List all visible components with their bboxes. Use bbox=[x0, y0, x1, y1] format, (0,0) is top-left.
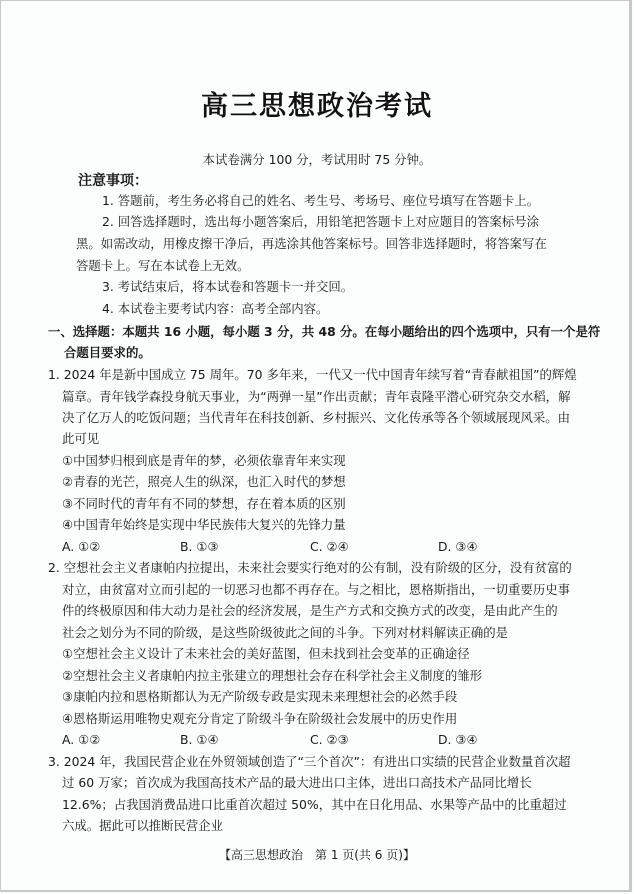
question-2-statement-4: ④恩格斯运用唯物史观充分肯定了阶级斗争在阶级社会发展中的历史作用 bbox=[62, 711, 457, 727]
option-c: C. ②④ bbox=[310, 539, 349, 555]
question-2-stem-2: 对立，由贫富对立而引起的一切恶习也都不再存在。与之相比，恩格斯指出，一切重要历史… bbox=[62, 582, 570, 598]
question-3-stem-3: 12.6%；占我国消费品进口比重首次超过 50%，其中在日化用品、水果等产品中的… bbox=[62, 797, 567, 813]
question-1-statement-2: ②青春的光芒，照亮人生的纵深，也汇入时代的梦想 bbox=[62, 474, 346, 490]
question-2-statement-2: ②空想社会主义者康帕内拉主张建立的理想社会存在科学社会主义制度的雏形 bbox=[62, 668, 482, 684]
option-b: B. ①④ bbox=[180, 732, 219, 748]
question-2-stem-1: 2. 空想社会主义者康帕内拉提出，未来社会要实行绝对的公有制，没有阶级的区分，没… bbox=[48, 560, 572, 576]
option-a: A. ①② bbox=[62, 539, 100, 555]
notice-line-6: 4. 本试卷主要考试内容：高考全部内容。 bbox=[102, 301, 328, 317]
question-3-stem-1: 3. 2024 年，我国民营企业在外贸领域创造了“三个首次”：有进出口实绩的民营… bbox=[48, 754, 571, 770]
notice-line-3: 黑。如需改动，用橡皮擦干净后，再选涂其他答案标号。回答非选择题时，将答案写在 bbox=[76, 236, 547, 252]
exam-subtitle: 本试卷满分 100 分，考试用时 75 分钟。 bbox=[0, 152, 634, 168]
notice-line-4: 答题卡上。写在本试卷上无效。 bbox=[76, 258, 249, 274]
question-2-stem-3: 件的终极原因和伟大动力是社会的经济发展，是生产方式和交换方式的改变，是由此产生的 bbox=[62, 603, 558, 619]
section-heading-line-1: 一、选择题：本题共 16 小题，每小题 3 分，共 48 分。在每小题给出的四个… bbox=[48, 324, 600, 340]
option-c: C. ②③ bbox=[310, 732, 349, 748]
notice-heading: 注意事项： bbox=[78, 173, 148, 189]
notice-line-2: 2. 回答选择题时，选出每小题答案后，用铅笔把答题卡上对应题目的答案标号涂 bbox=[102, 214, 539, 230]
question-1-stem-1: 1. 2024 年是新中国成立 75 周年。70 多年来，一代又一代中国青年续写… bbox=[48, 367, 577, 383]
notice-line-5: 3. 考试结束后，将本试卷和答题卡一并交回。 bbox=[102, 279, 353, 295]
exam-title: 高三思想政治考试 bbox=[0, 84, 634, 123]
section-heading-line-2: 合题目要求的。 bbox=[64, 345, 151, 361]
question-1-stem-2: 篇章。青年钱学森投身航天事业，为“两弹一星”作出贡献；青年袁隆平潜心研究杂交水稻… bbox=[62, 389, 570, 405]
notice-line-1: 1. 答题前，考生务必将自己的姓名、考生号、考场号、座位号填写在答题卡上。 bbox=[102, 193, 539, 209]
question-2-statement-1: ①空想社会主义设计了未来社会的美好蓝图，但未找到社会变革的正确途径 bbox=[62, 646, 470, 662]
option-d: D. ③④ bbox=[438, 732, 478, 748]
page-footer: 【高三思想政治 第 1 页(共 6 页)】 bbox=[0, 846, 634, 863]
question-1-stem-3: 决了亿万人的吃饭问题；当代青年在科技创新、乡村振兴、文化传承等各个领域展现风采。… bbox=[62, 410, 570, 426]
question-1-statement-3: ③不同时代的青年有不同的梦想，存在着本质的区别 bbox=[62, 496, 346, 512]
question-3-stem-4: 六成。据此可以推断民营企业 bbox=[62, 818, 223, 834]
option-d: D. ③④ bbox=[438, 539, 478, 555]
question-3-stem-2: 过 60 万家；首次成为我国高技术产品的最大进出口主体，进出口高技术产品同比增长 bbox=[62, 775, 532, 791]
question-1-statement-4: ④中国青年始终是实现中华民族伟大复兴的先锋力量 bbox=[62, 517, 346, 533]
question-2-statement-3: ③康帕内拉和恩格斯都认为无产阶级专政是实现未来理想社会的必然手段 bbox=[62, 689, 457, 705]
question-1-stem-4: 此可见 bbox=[62, 431, 99, 447]
option-b: B. ①③ bbox=[180, 539, 219, 555]
question-1-statement-1: ①中国梦归根到底是青年的梦，必须依靠青年来实现 bbox=[62, 453, 346, 469]
option-a: A. ①② bbox=[62, 732, 100, 748]
question-2-stem-4: 社会之划分为不同的阶级，是这些阶级彼此之间的斗争。下列对材料解读正确的是 bbox=[62, 625, 508, 641]
